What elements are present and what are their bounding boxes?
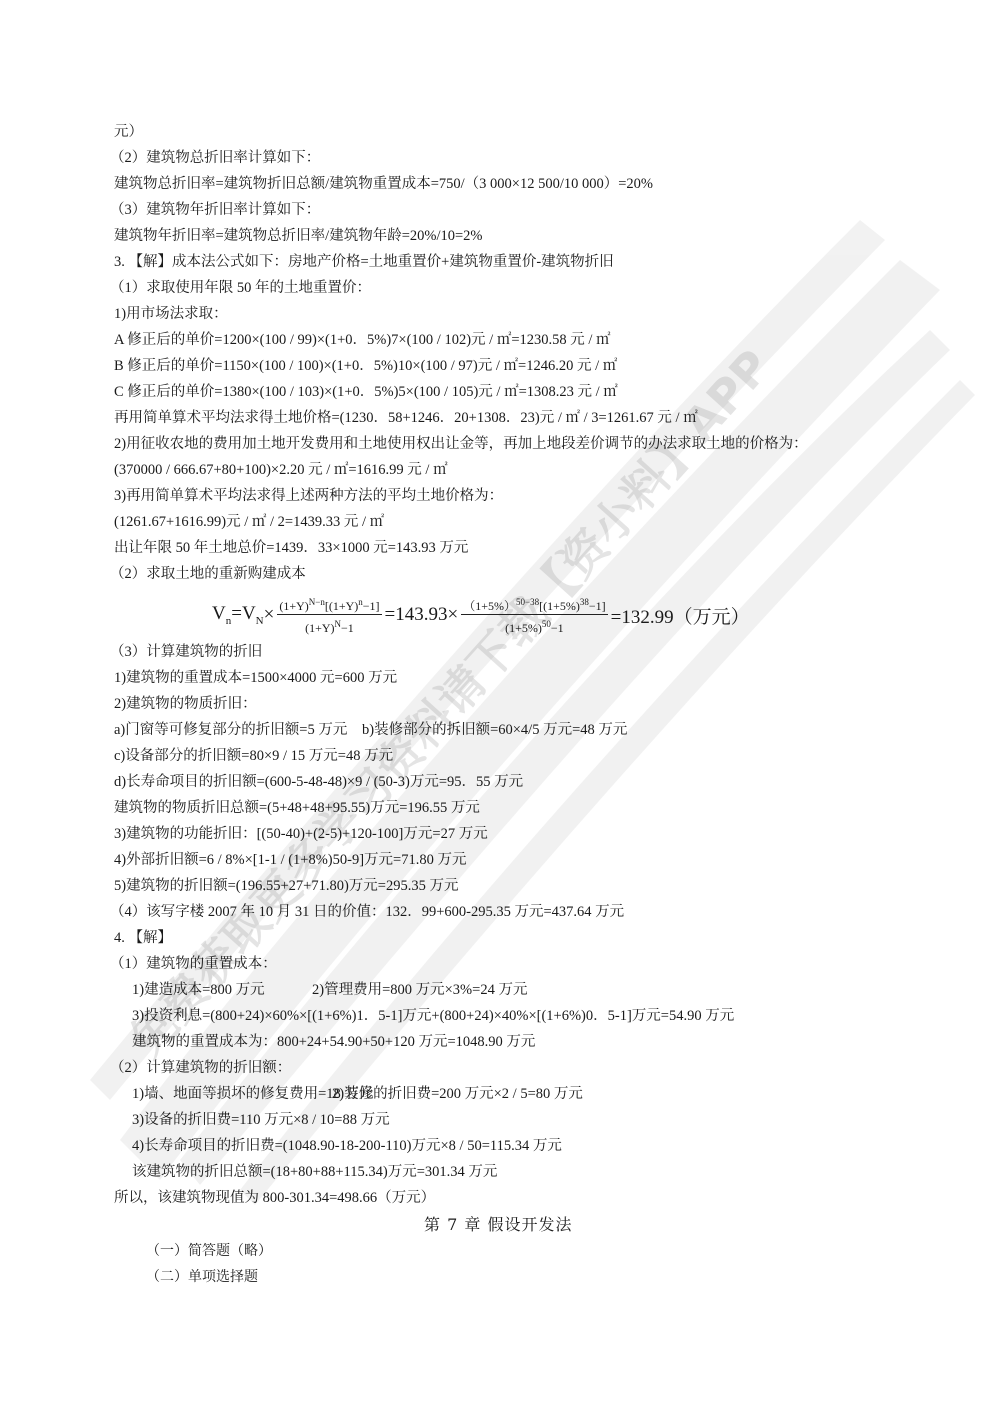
text-line: 4. 【解】 — [114, 928, 172, 948]
text-line: b)装修部分的拆旧额=60×4/5 万元=48 万元 — [362, 720, 627, 740]
formula-fraction-values: （1+5%）50−38[(1+5%)38−1] (1+5%)50−1 — [461, 595, 607, 635]
text-line: （2）求取土地的重新购建成本 — [110, 564, 306, 584]
text-line: （1）求取使用年限 50 年的土地重置价： — [110, 278, 371, 298]
text-line: （1）建筑物的重置成本： — [110, 954, 277, 974]
section-single-choice: （二）单项选择题 — [146, 1266, 258, 1286]
land-rebuild-cost-formula: Vn =VN × (1+Y)N−n[(1+Y)n−1] (1+Y)N−1 =14… — [212, 590, 750, 640]
text-line: 4)长寿命项目的折旧费=(1048.90-18-200-110)万元×8 / 5… — [132, 1136, 562, 1156]
formula-fraction-general: (1+Y)N−n[(1+Y)n−1] (1+Y)N−1 — [277, 595, 381, 635]
text-line: A 修正后的单价=1200×(100 / 99)×(1+0．5%)7×(100 … — [114, 330, 611, 350]
text-line: B 修正后的单价=1150×(100 / 100)×(1+0．5%)10×(10… — [114, 356, 617, 376]
text-line: 建筑物的物质折旧总额=(5+48+48+95.55)万元=196.55 万元 — [114, 798, 480, 818]
formula-times: × — [264, 604, 275, 626]
formula-mid: =143.93× — [385, 604, 459, 626]
text-line: 3. 【解】成本法公式如下：房地产价格=土地重置价+建筑物重置价-建筑物折旧 — [114, 252, 614, 272]
text-line: 该建筑物的折旧总额=(18+80+88+115.34)万元=301.34 万元 — [132, 1162, 497, 1182]
text-line: 再用简单算术平均法求得土地价格=(1230．58+1246．20+1308．23… — [114, 408, 698, 428]
text-line: 4)外部折旧额=6 / 8%×[1-1 / (1+8%)50-9]万元=71.8… — [114, 850, 466, 870]
text-line: 1)建筑物的重置成本=1500×4000 元=600 万元 — [114, 668, 397, 688]
text-line: （3）计算建筑物的折旧 — [110, 642, 262, 662]
text-line: C 修正后的单价=1380×(100 / 103)×(1+0．5%)5×(100… — [114, 382, 618, 402]
text-line: （2）计算建筑物的折旧额： — [110, 1058, 291, 1078]
text-line: 3)投资利息=(800+24)×60%×[(1+6%)1．5-1]万元+(800… — [132, 1006, 734, 1026]
text-line: 3)建筑物的功能折旧：[(50-40)+(2-5)+120-100]万元=27 … — [114, 824, 488, 844]
text-line: 建筑物年折旧率=建筑物总折旧率/建筑物年龄=20%/10=2% — [114, 226, 483, 246]
text-line: 2)装修的折旧费=200 万元×2 / 5=80 万元 — [332, 1084, 583, 1104]
text-line: 1)用市场法求取： — [114, 304, 228, 324]
text-line: 2)用征收农地的费用加土地开发费用和土地使用权出让金等，再加上地段差价调节的办法… — [114, 434, 808, 454]
text-line: d)长寿命项目的折旧额=(600-5-48-48)×9 / (50-3)万元=9… — [114, 772, 523, 792]
formula-lhs: Vn — [212, 603, 231, 627]
formula-eq1: =VN — [231, 603, 263, 627]
text-line: 建筑物的重置成本为：800+24+54.90+50+120 万元=1048.90… — [132, 1032, 535, 1052]
text-line: 1)建造成本=800 万元 — [132, 980, 265, 1000]
text-line: 2)建筑物的物质折旧： — [114, 694, 257, 714]
text-line: 3)设备的折旧费=110 万元×8 / 10=88 万元 — [132, 1110, 390, 1130]
section-short-answer: （一）简答题（略） — [146, 1240, 272, 1260]
text-line: 出让年限 50 年土地总价=1439．33×1000 元=143.93 万元 — [114, 538, 468, 558]
text-line: （3）建筑物年折旧率计算如下： — [110, 200, 320, 220]
text-line: 2)管理费用=800 万元×3%=24 万元 — [312, 980, 527, 1000]
text-line: （2）建筑物总折旧率计算如下： — [110, 148, 320, 168]
text-line: (370000 / 666.67+80+100)×2.20 元 / ㎡=1616… — [114, 460, 448, 480]
text-line: 5)建筑物的折旧额=(196.55+27+71.80)万元=295.35 万元 — [114, 876, 458, 896]
text-line: (1261.67+1616.99)元 / ㎡ / 2=1439.33 元 / ㎡ — [114, 512, 384, 532]
text-line: 元） — [114, 122, 143, 142]
text-line: 建筑物总折旧率=建筑物折旧总额/建筑物重置成本=750/（3 000×12 50… — [114, 174, 653, 194]
text-line: c)设备部分的折旧额=80×9 / 15 万元=48 万元 — [114, 746, 393, 766]
formula-result: =132.99（万元） — [611, 602, 750, 629]
text-line: a)门窗等可修复部分的折旧额=5 万元 — [114, 720, 347, 740]
chapter-title: 第 7 章 假设开发法 — [424, 1212, 572, 1235]
text-line: 3)再用简单算术平均法求得上述两种方法的平均土地价格为： — [114, 486, 503, 506]
text-line: 所以，该建筑物现值为 800-301.34=498.66（万元） — [114, 1188, 435, 1208]
text-line: （4）该写字楼 2007 年 10 月 31 日的价值：132．99+600-2… — [110, 902, 624, 922]
